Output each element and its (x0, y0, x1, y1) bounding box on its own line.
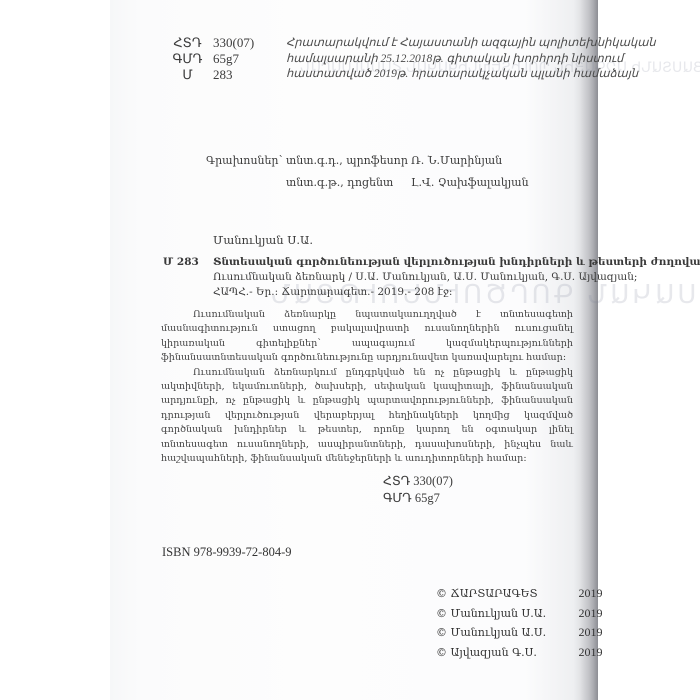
classification-key: ՀՏԴ (170, 35, 205, 51)
reviewers-label: Գրախոսներ՝ (206, 150, 286, 172)
copyright-row: © ՃԱՐՏԱՐԱԳԵՏ 2019 (436, 584, 603, 604)
copyright-symbol: © (436, 604, 447, 624)
copyright-holder: ՃԱՐՏԱՐԱԳԵՏ (451, 584, 563, 604)
classification-line: ՀՏԴ 330(07) (383, 473, 453, 490)
copyright-row: © Մանուկյան Ա.Ս. 2019 (436, 623, 603, 643)
approval-note: Հրատարակվում է Հայաստանի ազգային պոլիտեխ… (286, 36, 656, 83)
abstract: Ուսումնական ձեռնարկը նպատակաուղղված է տն… (213, 308, 573, 466)
reviewer-row: Գրախոսներ՝ տնտ.գ.դ., պրոֆեսոր Ռ. Ն.Մարին… (206, 150, 529, 172)
approval-line: Հրատարակվում է Հայաստանի ազգային պոլիտեխ… (286, 36, 656, 52)
classification-value: 330(07) (213, 35, 254, 51)
catalog-code: Մ 283 (163, 255, 213, 270)
catalog-line: ՀԱՊՀ.- Եր.: Ճարտարագետ.- 2019.- 208 էջ: (163, 285, 700, 300)
copyright-symbol: © (436, 643, 447, 663)
reviewers-block: Գրախոսներ՝ տնտ.գ.դ., պրոֆեսոր Ռ. Ն.Մարին… (206, 150, 529, 194)
isbn: ISBN 978-9939-72-804-9 (162, 545, 292, 560)
classification-row: ՀՏԴ 330(07) (170, 35, 254, 51)
reviewer-row: տնտ.գ.թ., դոցենտ Լ.Վ. Չախֆալակյան (206, 172, 529, 194)
copyright-holder: Մանուկյան Ս.Ա. (451, 604, 563, 624)
classification-line: ԳՄԴ 65g7 (383, 490, 453, 507)
copyright-symbol: © (436, 623, 447, 643)
copyright-holder: Մանուկյան Ա.Ս. (451, 623, 563, 643)
classification-row: Մ 283 (170, 67, 254, 83)
catalog-line: Ուսումնական ձեռնարկ / Ս.Ա. Մանուկյան, Ա.… (163, 270, 700, 285)
classification-key: Մ (170, 67, 205, 83)
copyright-year: 2019 (563, 604, 603, 624)
classification-value: 65g7 (213, 51, 239, 67)
copyright-year: 2019 (563, 584, 603, 604)
reviewer-name: Լ.Վ. Չախֆալակյան (411, 172, 529, 194)
reviewer-title: տնտ.գ.դ., պրոֆեսոր (286, 150, 411, 172)
copyright-block: © ՃԱՐՏԱՐԱԳԵՏ 2019 © Մանուկյան Ս.Ա. 2019 … (436, 584, 603, 662)
author-heading: Մանուկյան Ս.Ա. (213, 233, 313, 247)
abstract-paragraph: Ուսումնական ձեռնարկը նպատակաուղղված է տն… (161, 308, 573, 366)
reviewer-name: Ռ. Ն.Մարինյան (411, 150, 502, 172)
catalog-title: Տնտեսական գործունեության վերլուծության խ… (213, 255, 700, 270)
classification-row: ԳՄԴ 65g7 (170, 51, 254, 67)
approval-line: հաստատված 2019թ. հրատարակչական պլանի համ… (286, 67, 656, 83)
reviewer-title: տնտ.գ.թ., դոցենտ (286, 172, 411, 194)
copyright-holder: Այվազյան Գ.Ս. (451, 643, 563, 663)
copyright-symbol: © (436, 584, 447, 604)
approval-line: համալսարանի 25.12.2018թ. գիտական խորհրդի… (286, 52, 656, 68)
classification-key: ԳՄԴ (170, 51, 205, 67)
classification-codes-top: ՀՏԴ 330(07) ԳՄԴ 65g7 Մ 283 (170, 35, 254, 83)
classification-codes-bottom: ՀՏԴ 330(07) ԳՄԴ 65g7 (383, 473, 453, 507)
abstract-paragraph: Ուսումնական ձեռնարկում ընդգրկված են ոչ ը… (161, 366, 573, 467)
classification-value: 283 (213, 67, 233, 83)
copyright-year: 2019 (563, 623, 603, 643)
copyright-year: 2019 (563, 643, 603, 663)
copyright-row: © Այվազյան Գ.Ս. 2019 (436, 643, 603, 663)
catalog-entry: Մ 283 Տնտեսական գործունեության վերլուծու… (163, 255, 700, 300)
copyright-row: © Մանուկյան Ս.Ա. 2019 (436, 604, 603, 624)
